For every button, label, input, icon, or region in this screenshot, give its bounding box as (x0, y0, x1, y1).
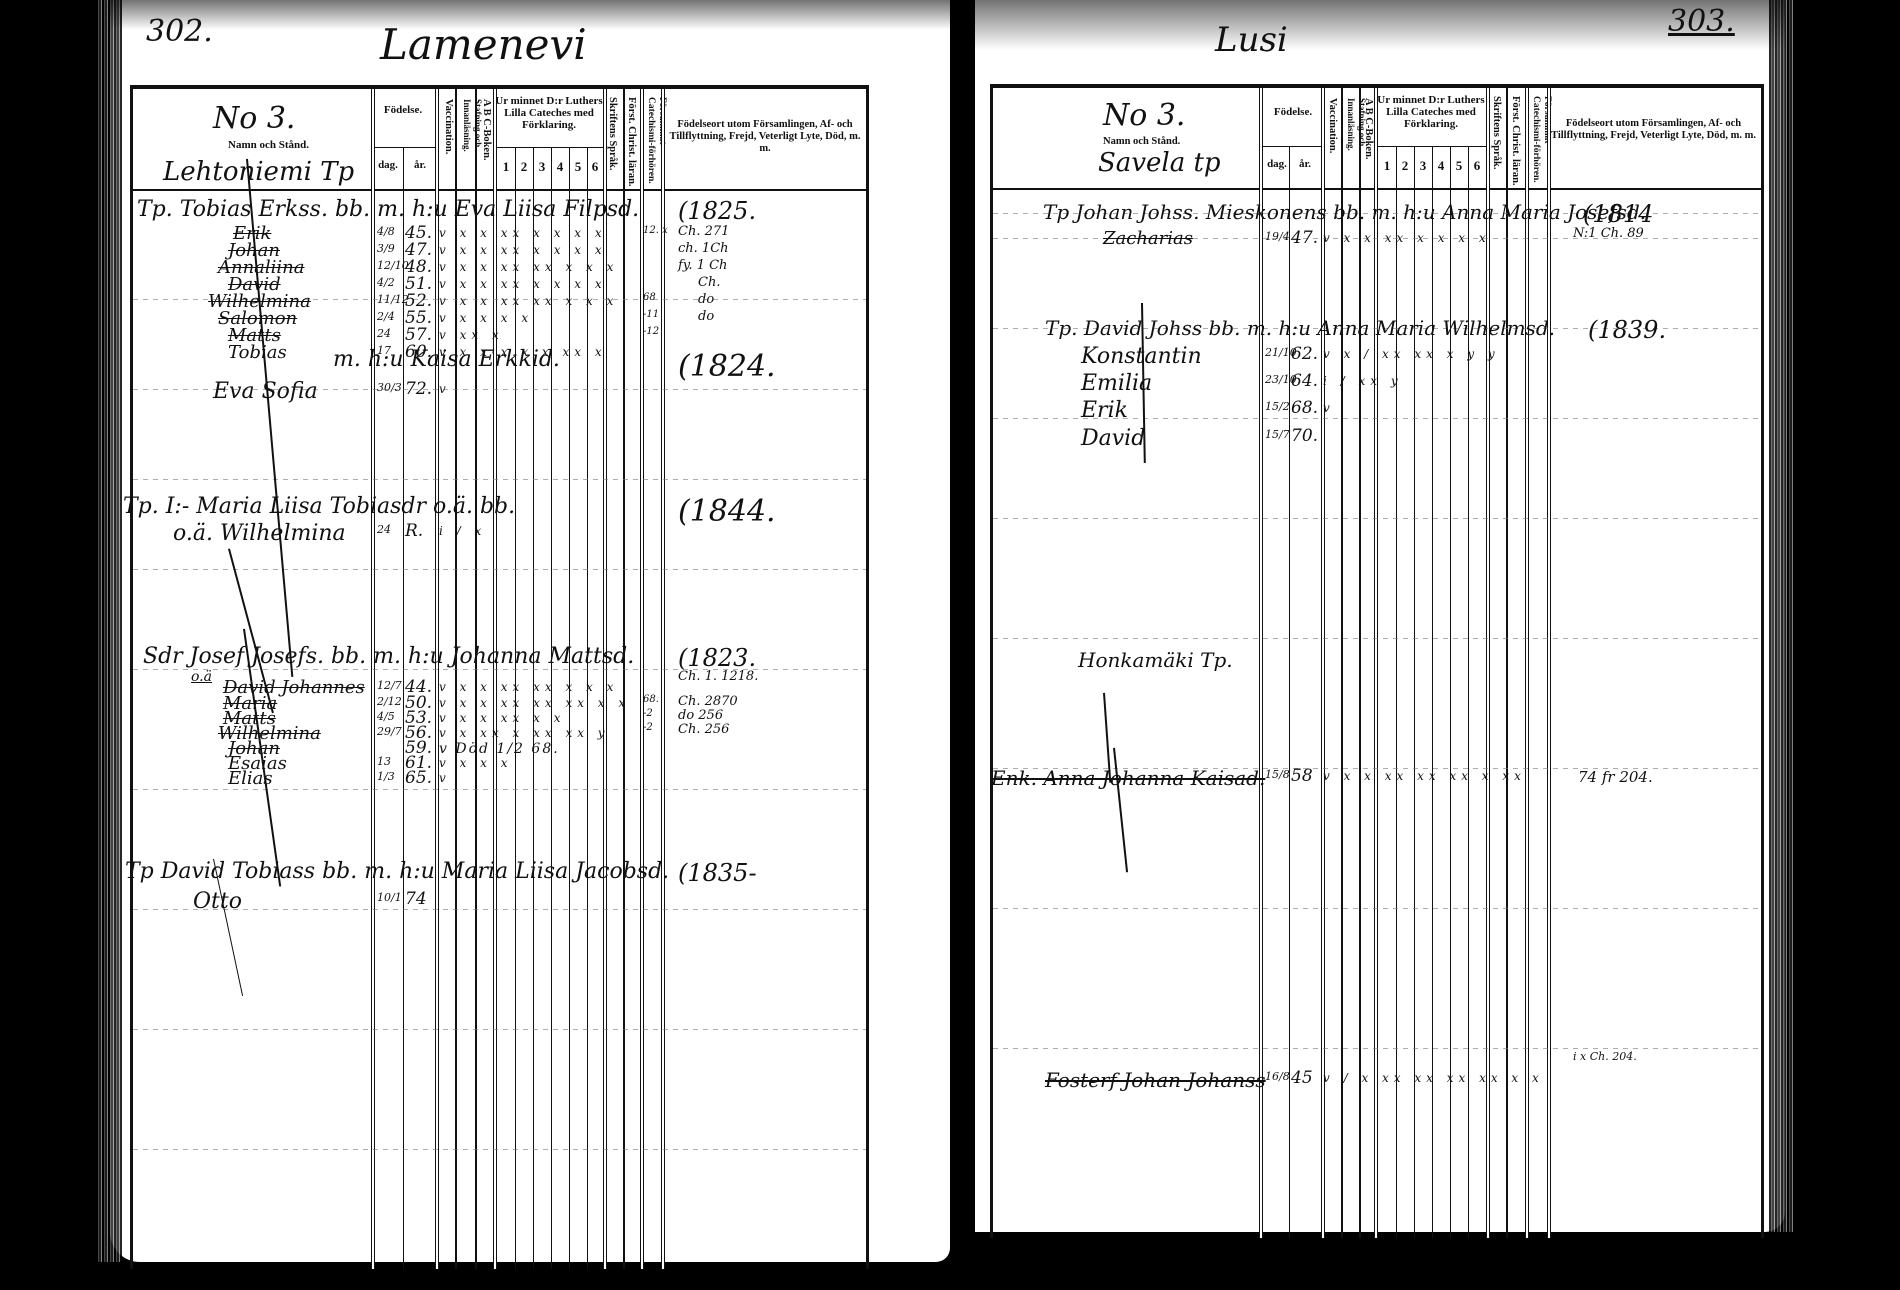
household-head: Tp Johan Johss. Mieskonens bb. m. h:u An… (1043, 200, 1646, 224)
reference-year: (1835- (678, 859, 757, 887)
ledger-table: No 3. Namn och Stånd. Lehtoniemi Tp Föde… (130, 85, 869, 1269)
catechism-col-2: 2 (1396, 158, 1414, 174)
reference-year: (1839. (1588, 316, 1666, 344)
catechism-col-2: 2 (515, 159, 533, 175)
remark-note: Ch. 2870 (678, 694, 738, 709)
farm-name: Lehtoniemi Tp (163, 157, 354, 187)
member-birth-year: 74 (405, 889, 427, 909)
catechism-subrule (1376, 146, 1486, 147)
remarks-label: Födelseort utom Församlingen, Af- och Ti… (665, 119, 865, 155)
member-birth-date: 30/3 (377, 381, 402, 394)
member-marks: v x x x (439, 756, 513, 770)
header-bottom-rule (133, 189, 866, 191)
marks: v / x xx xx xx xx x x (1323, 1071, 1544, 1085)
member-marks: v x x xx x x (439, 711, 565, 725)
abc-book-label: A B C-Boken. (481, 99, 492, 189)
member-birth-date: 1/3 (377, 770, 395, 783)
catechism-col-3: 3 (533, 159, 551, 175)
remark-note: i x Ch. 204. (1573, 1050, 1637, 1063)
col-divider (640, 89, 644, 1269)
vaccination-label: Vaccination. (443, 99, 454, 189)
scripture-label: Skriftens Språk. (607, 97, 618, 189)
member-marks: v (439, 382, 451, 396)
reference-year: (1825. (678, 197, 756, 225)
birth-year-label: år. (405, 159, 435, 171)
remark-note: Ch. 1. 1218. (678, 669, 758, 684)
birth-subrule (373, 147, 435, 148)
page-grime (975, 0, 1785, 50)
margin-note: 68. (643, 694, 659, 705)
ruled-line (133, 909, 866, 910)
household-head: Tp. David Johss bb. m. h:u Anna Maria Wi… (1045, 316, 1555, 340)
member-marks: v x x xx xx x x x (439, 260, 618, 274)
birth-label: Födelse. (1263, 106, 1323, 118)
col-divider (1547, 88, 1551, 1238)
reference-year: (1823. (678, 644, 756, 672)
spelling-label: Stafning och Innanläsning. (461, 99, 483, 189)
section-heading: Honkamäki Tp. (1078, 648, 1233, 672)
member-marks: v x x xx x x x x (1323, 231, 1491, 245)
remark-note: do (698, 309, 714, 324)
catechism-col-5: 5 (1450, 158, 1468, 174)
remarks-label: Födelseort utom Församlingen, Af- och Ti… (1551, 118, 1756, 142)
name-column-label: Namn och Stånd. (228, 139, 309, 151)
reference-year: (1844. (678, 494, 776, 529)
remark-note: N:1 Ch. 89 (1573, 226, 1644, 241)
catechism-col-1: 1 (497, 159, 515, 175)
member-birth-date: 11/12 (377, 293, 409, 306)
col-divider (1321, 88, 1325, 1238)
catechism-col-1: 1 (1378, 158, 1396, 174)
birth-day-label: dag. (373, 159, 403, 171)
member-birth-date: 24 (377, 327, 391, 340)
member-name: Otto (193, 889, 242, 914)
catechism-col-6: 6 (1468, 158, 1486, 174)
member-birth-year: 70. (1291, 426, 1318, 446)
vaccination-label: Vaccination. (1327, 98, 1338, 188)
remark-note: do 256 (678, 708, 723, 723)
ruled-line (133, 789, 866, 790)
col-divider (1259, 88, 1263, 1238)
member-birth-year: R. (405, 521, 423, 541)
birth-date: 15/8 (1265, 768, 1290, 781)
remark-note: Ch. 256 (678, 722, 729, 737)
name-column-label: Namn och Stånd. (1103, 136, 1180, 147)
farm-name: Savela tp (1098, 148, 1221, 178)
member-name: David (1081, 426, 1145, 451)
ruled-line (993, 908, 1761, 909)
member-marks: v x x xx x x x x (439, 226, 607, 240)
margin-note: 68 (643, 292, 656, 303)
christian-doctrine-label: Först. Christ. läran. (1510, 96, 1521, 188)
member-marks: v (439, 771, 451, 785)
household-head: m. h:u Kaisa Erkkid. (333, 347, 560, 372)
member-marks: v x / xx xx x y y (1323, 347, 1500, 361)
scripture-label: Skriftens Språk. (1491, 96, 1502, 188)
member-birth-date: 4/2 (377, 276, 395, 289)
col-divider (1341, 88, 1343, 1238)
birth-year-label: år. (1291, 158, 1319, 170)
member-marks: v x x x x (439, 311, 533, 325)
margin-note: -12 (643, 326, 659, 337)
member-birth-date: 15/7 (1265, 428, 1290, 441)
col-divider (1359, 88, 1361, 1238)
ruled-line (993, 638, 1761, 639)
catechism-label: Ur minnet D:r Luthers Lilla Cateches med… (495, 95, 603, 131)
member-birth-date: 4/5 (377, 710, 395, 723)
ruled-line (133, 479, 866, 480)
member-birth-date: 24 (377, 523, 391, 536)
reference-year: (1824. (678, 349, 776, 384)
member-birth-year: 65. (405, 768, 432, 788)
member-marks: v x x xx xx xx x x (439, 696, 630, 710)
ruled-line (133, 569, 866, 570)
village-title: Lusi (1215, 20, 1288, 60)
member-marks: v x x xx x x x x (439, 277, 607, 291)
section-number: No 3. (1103, 98, 1185, 133)
remark-note: do (698, 292, 714, 307)
page-number: 303. (1668, 4, 1735, 39)
ruled-line (993, 1048, 1761, 1049)
household-head: Tp. Tobias Erkss. bb. m. h:u Eva Liisa F… (137, 197, 639, 222)
catechism-col-4: 4 (1432, 158, 1450, 174)
member-marks: v x x xx xx x x x (439, 680, 618, 694)
member-birth-date: 12/7 (377, 679, 402, 692)
col-divider (371, 89, 375, 1269)
catechism-col-5: 5 (569, 159, 587, 175)
christian-doctrine-label: Först. Christ. läran. (626, 97, 637, 189)
section-number: No 3. (213, 101, 295, 136)
col-divider (623, 89, 625, 1269)
household-head: Enk. Anna Johanna Kaisad. (991, 766, 1265, 790)
household-head: Fosterf Johan Johanss (1045, 1068, 1266, 1092)
member-marks: i / x (439, 524, 486, 538)
catechism-label: Ur minnet D:r Luthers Lilla Cateches med… (1376, 94, 1486, 130)
village-title: Lamenevi (380, 20, 587, 69)
remark-note: Ch. 271 (678, 224, 729, 239)
col-divider (403, 147, 404, 1269)
household-head: Sdr Josef Josefs. bb. m. h:u Johanna Mat… (143, 644, 634, 669)
member-birth-date: 2/12 (377, 695, 402, 708)
remark-note: Ch. (698, 275, 720, 290)
margin-note: -11 (643, 309, 659, 320)
birth-day-label: dag. (1263, 158, 1291, 170)
member-birth-date: 4/8 (377, 225, 395, 238)
member-birth-date: 10/1 (377, 891, 402, 904)
member-birth-year: 62. (1291, 344, 1318, 364)
birth-year: 45 (1291, 1068, 1313, 1088)
col-divider (1525, 88, 1529, 1238)
ruled-line (993, 518, 1761, 519)
page-edge-shadow (96, 0, 122, 1262)
birth-date: 16/8 (1265, 1070, 1290, 1083)
member-birth-year: 64. (1291, 371, 1318, 391)
member-marks: v x x xx x x x x (439, 243, 607, 257)
member-marks: v Död 1/2 68. (439, 741, 560, 757)
right-page: 303. Lusi No 3. Namn och Stånd. Savela t… (975, 0, 1785, 1232)
member-marks: v x x xx xx x x x (439, 294, 618, 308)
member-birth-date: 29/7 (377, 725, 402, 738)
col-divider (1506, 88, 1508, 1238)
member-birth-date: 3/9 (377, 242, 395, 255)
col-divider (1486, 88, 1490, 1238)
marks: v x x xx xx xx x xx (1323, 769, 1526, 783)
member-marks: v x xx x xx xx y (439, 726, 610, 740)
col-divider (661, 89, 665, 1269)
col-divider (1374, 88, 1378, 1238)
page-number: 302. (146, 14, 213, 49)
household-head-note: o.ä (191, 669, 212, 685)
member-birth-date: 13 (377, 755, 391, 768)
catechism-col-3: 3 (1414, 158, 1432, 174)
abc-book-label: A B C-Boken. (1363, 98, 1374, 188)
member-birth-year: 72. (405, 379, 432, 399)
household-head: Tp David Tobiass bb. m. h:u Maria Liisa … (125, 859, 669, 884)
reference-year: (1814 (1583, 200, 1653, 228)
remark-note: 74 fr 204. (1578, 768, 1653, 786)
member-name: Tobias (228, 342, 287, 363)
member-birth-date: 2/4 (377, 310, 395, 323)
member-birth-year: 68. (1291, 398, 1318, 418)
page-edge-shadow (1769, 0, 1795, 1232)
ledger-table: No 3. Namn och Stånd. Savela tp Födelse.… (990, 84, 1764, 1238)
catechism-col-4: 4 (551, 159, 569, 175)
book-spine (955, 0, 973, 1290)
member-name: Erik (1081, 398, 1128, 423)
household-head: Tp. I:- Maria Liisa Tobiasdr o.ä. bb. (123, 494, 515, 519)
ruled-line (133, 1029, 866, 1030)
member-marks: v xx x (439, 328, 504, 342)
member-marks: v (1323, 401, 1335, 415)
member-birth-date: 12/10 (377, 259, 409, 272)
member-birth-year: 47. (1291, 228, 1318, 248)
member-marks: i / xx y (1323, 374, 1403, 388)
margin-note: -2 (643, 708, 653, 719)
member-name: Zacharias (1103, 228, 1193, 249)
birth-label: Födelse. (373, 104, 433, 116)
catechism-col-6: 6 (587, 159, 603, 175)
member-birth-date: 19/4 (1265, 230, 1290, 243)
margin-note: 12. x (643, 225, 668, 236)
member-name: o.ä. Wilhelmina (173, 521, 346, 546)
member-birth-date: 15/2 (1265, 400, 1290, 413)
remark-note: fy. 1 Ch (678, 258, 727, 273)
birth-year: 58 (1291, 766, 1313, 786)
birth-subrule (1261, 146, 1323, 147)
left-page: 302. Lamenevi No 3. Namn och Stånd. Leht… (110, 0, 950, 1262)
margin-note: -2 (643, 722, 653, 733)
ruled-line (133, 1149, 866, 1150)
remark-note: ch. 1Ch (678, 241, 729, 256)
